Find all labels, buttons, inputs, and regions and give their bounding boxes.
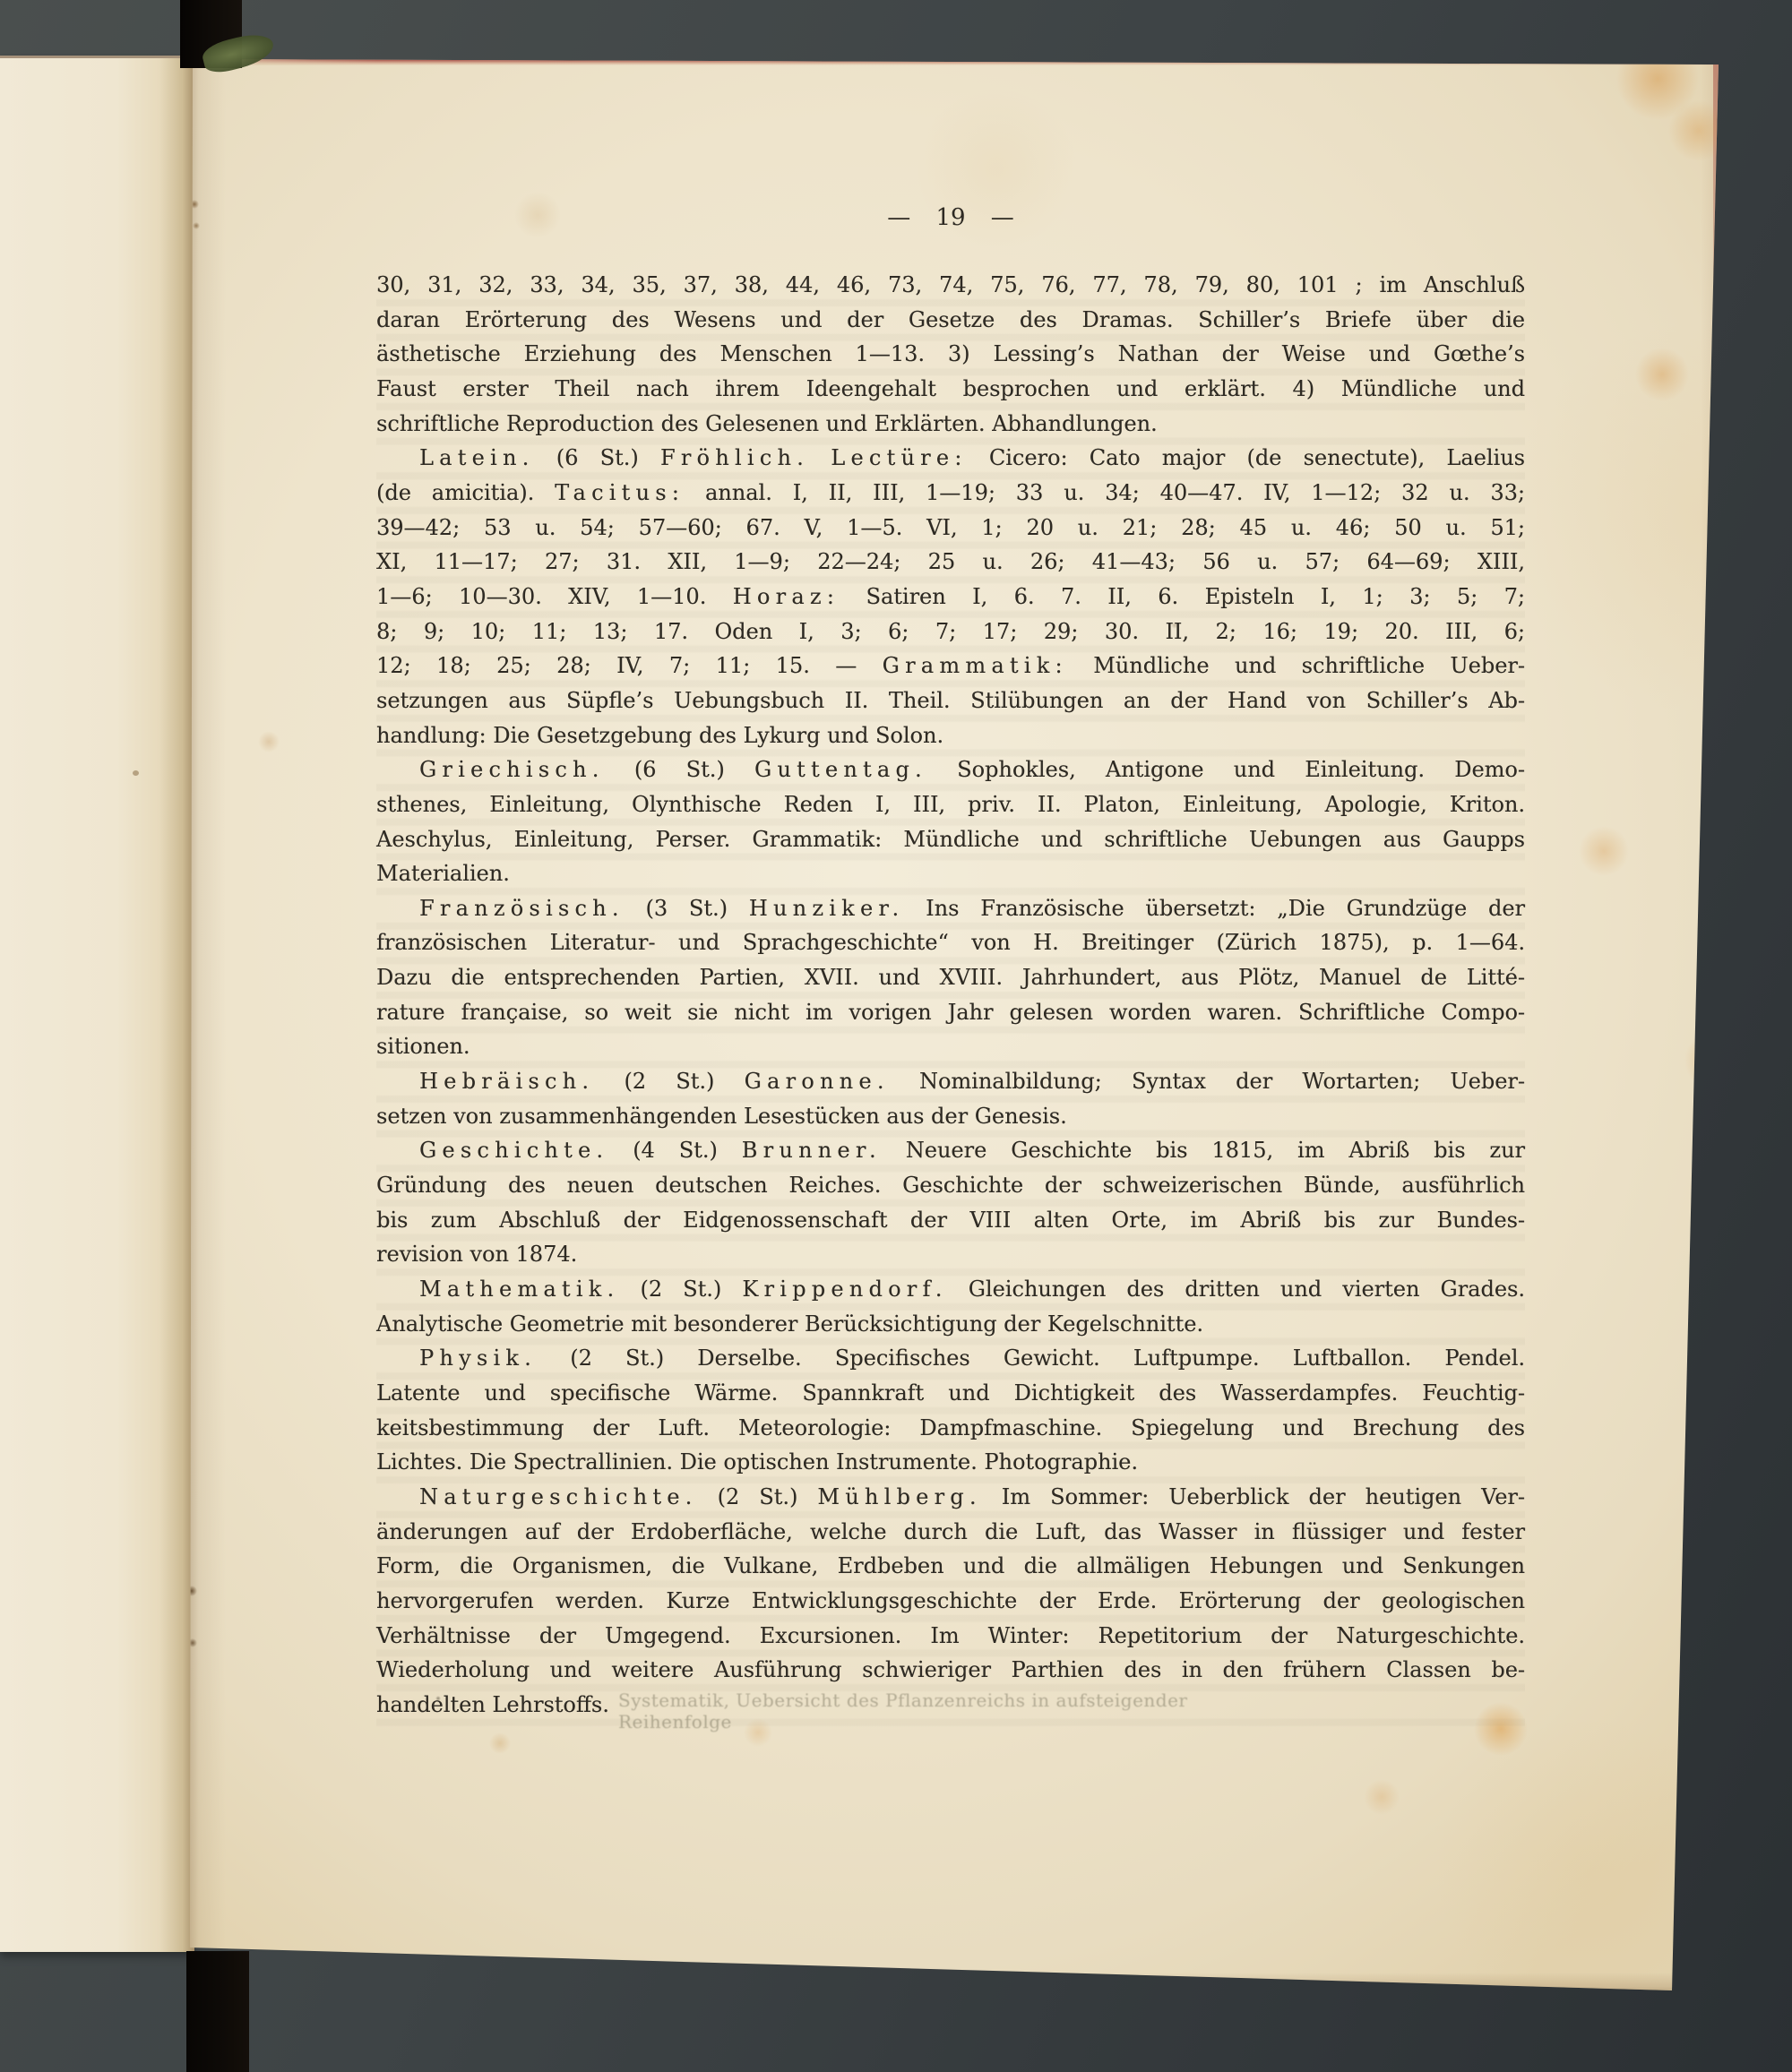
text-run: Cicero: Cato major (de senectute), Laeli…: [968, 445, 1525, 470]
text-line: Aeschylus, Einleitung, Perser. Grammatik…: [376, 822, 1525, 857]
text-line: Materialien.: [376, 856, 1525, 891]
text-run: XI, 11—17; 27; 31. XII, 1—9; 22—24; 25 u…: [376, 549, 1525, 574]
text-line: Physik. (2 St.) Derselbe. Specifisches G…: [376, 1341, 1525, 1376]
text-run: (3 St.): [625, 896, 749, 921]
text-line: Gründung des neuen deutschen Reiches. Ge…: [376, 1168, 1525, 1203]
text-line: handlung: Die Gesetzgebung des Lykurg un…: [376, 718, 1525, 753]
text-run: 30, 31, 32, 33, 34, 35, 37, 38, 44, 46, …: [376, 272, 1525, 297]
text-run: 8; 9; 10; 11; 13; 17. Oden I, 3; 6; 7; 1…: [376, 619, 1525, 644]
text-run: 12; 18; 25; 28; IV, 7; 11; 15. —: [376, 653, 883, 678]
text-line: 39—42; 53 u. 54; 57—60; 67. V, 1—5. VI, …: [376, 511, 1525, 546]
text-line: bis zum Abschluß der Eidgenossenschaft d…: [376, 1203, 1525, 1238]
show-through-text: Systematik, Uebersicht des Pflanzenreich…: [618, 1689, 1228, 1732]
text-line: daran Erörterung des Wesens und der Gese…: [376, 303, 1525, 338]
text-run: setzungen aus Süpfle’s Uebungsbuch II. T…: [376, 688, 1525, 713]
text-run: Faust erster Theil nach ihrem Ideengehal…: [376, 376, 1525, 401]
spaced-term: Mühlberg.: [817, 1484, 981, 1509]
text-line: Wiederholung und weitere Ausführung schw…: [376, 1653, 1525, 1688]
text-line: hervorgerufen werden. Kurze Entwicklungs…: [376, 1584, 1525, 1619]
text-run: bis zum Abschluß der Eidgenossenschaft d…: [376, 1208, 1525, 1233]
text-run: handelten Lehrstoffs.: [376, 1692, 609, 1717]
text-run: Gründung des neuen deutschen Reiches. Ge…: [376, 1173, 1525, 1198]
spaced-term: Latein.: [419, 445, 535, 470]
text-run: Neuere Geschichte bis 1815, im Abriß bis…: [882, 1138, 1525, 1163]
text-run: (4 St.): [608, 1138, 741, 1163]
spaced-term: Französisch.: [419, 896, 625, 921]
text-line: Lichtes. Die Spectrallinien. Die optisch…: [376, 1445, 1525, 1480]
text-run: 39—42; 53 u. 54; 57—60; 67. V, 1—5. VI, …: [376, 515, 1525, 540]
text-run: (2 St.): [698, 1484, 818, 1509]
spaced-term: Grammatik:: [883, 653, 1068, 678]
text-run: Verhältnisse der Umgegend. Excursionen. …: [376, 1623, 1525, 1648]
text-run: (6 St.): [605, 757, 754, 782]
text-run: (6 St.): [535, 445, 660, 470]
spaced-term: Mathematik.: [419, 1277, 619, 1302]
spaced-term: Krippendorf.: [742, 1277, 947, 1302]
left-page-edge: [0, 56, 194, 1952]
text-run: (2 St.): [594, 1069, 744, 1094]
spaced-term: Guttentag.: [754, 757, 927, 782]
page-number: — 19 —: [376, 204, 1525, 231]
text-run: keitsbestimmung der Luft. Meteorologie: …: [376, 1415, 1525, 1440]
text-run: annal. I, II, III, 1—19; 33 u. 34; 40—47…: [685, 480, 1525, 505]
spaced-term: Hunziker.: [749, 896, 905, 921]
text-line: 30, 31, 32, 33, 34, 35, 37, 38, 44, 46, …: [376, 268, 1525, 303]
text-run: sitionen.: [376, 1034, 470, 1059]
text-run: Aeschylus, Einleitung, Perser. Grammatik…: [376, 827, 1525, 852]
text-run: Wiederholung und weitere Ausführung schw…: [376, 1657, 1525, 1682]
text-run: Form, die Organismen, die Vulkane, Erdbe…: [376, 1553, 1525, 1578]
text-run: (2 St.) Derselbe. Specifisches Gewicht. …: [537, 1346, 1525, 1371]
spaced-term: Griechisch.: [419, 757, 605, 782]
text-line: 8; 9; 10; 11; 13; 17. Oden I, 3; 6; 7; 1…: [376, 615, 1525, 649]
spaced-term: Tacitus:: [555, 480, 685, 505]
text-block: 30, 31, 32, 33, 34, 35, 37, 38, 44, 46, …: [376, 268, 1525, 1723]
text-run: sthenes, Einleitung, Olynthische Reden I…: [376, 792, 1525, 817]
text-run: Materialien.: [376, 861, 510, 886]
text-line: änderungen auf der Erdoberfläche, welche…: [376, 1515, 1525, 1550]
text-line: setzungen aus Süpfle’s Uebungsbuch II. T…: [376, 684, 1525, 718]
page-right-edge: [1713, 61, 1724, 446]
spaced-term: Geschichte.: [419, 1138, 608, 1163]
text-line: rature française, so weit sie nicht im v…: [376, 995, 1525, 1030]
text-line: Form, die Organismen, die Vulkane, Erdbe…: [376, 1549, 1525, 1584]
text-run: handlung: Die Gesetzgebung des Lykurg un…: [376, 723, 943, 748]
text-line: Faust erster Theil nach ihrem Ideengehal…: [376, 372, 1525, 407]
text-line: Latente und specifische Wärme. Spannkraf…: [376, 1376, 1525, 1411]
text-line: revision von 1874.: [376, 1237, 1525, 1272]
text-line: Latein. (6 St.) Fröhlich. Lectüre: Cicer…: [376, 441, 1525, 476]
spaced-term: Hebräisch.: [419, 1069, 594, 1094]
text-line: Griechisch. (6 St.) Guttentag. Sophokles…: [376, 752, 1525, 787]
text-run: setzen von zusammenhängenden Lesestücken…: [376, 1104, 1067, 1129]
book-scan: — 19 — 30, 31, 32, 33, 34, 35, 37, 38, 4…: [0, 0, 1792, 2072]
text-line: (de amicitia). Tacitus: annal. I, II, II…: [376, 476, 1525, 511]
text-line: 12; 18; 25; 28; IV, 7; 11; 15. — Grammat…: [376, 649, 1525, 684]
book-page: — 19 — 30, 31, 32, 33, 34, 35, 37, 38, 4…: [190, 52, 1724, 1996]
spaced-term: Horaz:: [733, 584, 840, 609]
text-run: Lichtes. Die Spectrallinien. Die optisch…: [376, 1449, 1138, 1474]
page-top-red-edge: [190, 52, 1724, 65]
text-run: änderungen auf der Erdoberfläche, welche…: [376, 1519, 1525, 1544]
text-run: Dazu die entsprechenden Partien, XVII. u…: [376, 965, 1525, 990]
text-line: setzen von zusammenhängenden Lesestücken…: [376, 1099, 1525, 1134]
spaced-term: Physik.: [419, 1346, 537, 1371]
page-bottom-edge: [190, 1973, 1724, 1996]
text-line: Mathematik. (2 St.) Krippendorf. Gleichu…: [376, 1272, 1525, 1307]
text-run: Analytische Geometrie mit besonderer Ber…: [376, 1311, 1203, 1337]
text-line: Dazu die entsprechenden Partien, XVII. u…: [376, 960, 1525, 995]
text-run: Latente und specifische Wärme. Spannkraf…: [376, 1380, 1525, 1406]
bookmark-ribbon-bottom: [186, 1951, 249, 2072]
text-run: Ins Französische übersetzt: „Die Grundzü…: [904, 896, 1525, 921]
text-line: 1—6; 10—30. XIV, 1—10. Horaz: Satiren I,…: [376, 580, 1525, 615]
spaced-term: Naturgeschichte.: [419, 1484, 698, 1509]
text-line: Französisch. (3 St.) Hunziker. Ins Franz…: [376, 891, 1525, 926]
text-run: daran Erörterung des Wesens und der Gese…: [376, 307, 1525, 332]
text-line: XI, 11—17; 27; 31. XII, 1—9; 22—24; 25 u…: [376, 545, 1525, 580]
text-run: rature française, so weit sie nicht im v…: [376, 1000, 1525, 1025]
text-run: hervorgerufen werden. Kurze Entwicklungs…: [376, 1588, 1525, 1613]
text-run: ästhetische Erziehung des Menschen 1—13.…: [376, 341, 1525, 366]
text-line: französischen Literatur- und Sprachgesch…: [376, 925, 1525, 960]
text-line: Analytische Geometrie mit besonderer Ber…: [376, 1307, 1525, 1342]
text-run: französischen Literatur- und Sprachgesch…: [376, 930, 1525, 955]
text-run: Sophokles, Antigone und Einleitung. Demo…: [927, 757, 1525, 782]
text-line: Verhältnisse der Umgegend. Excursionen. …: [376, 1619, 1525, 1654]
text-line: Geschichte. (4 St.) Brunner. Neuere Gesc…: [376, 1133, 1525, 1168]
spaced-term: Garonne.: [745, 1069, 890, 1094]
text-line: sthenes, Einleitung, Olynthische Reden I…: [376, 787, 1525, 822]
text-line: Hebräisch. (2 St.) Garonne. Nominalbildu…: [376, 1064, 1525, 1099]
spaced-term: Brunner.: [742, 1138, 882, 1163]
text-run: Satiren I, 6. 7. II, 6. Episteln I, 1; 3…: [840, 584, 1525, 609]
text-run: Gleichungen des dritten und vierten Grad…: [948, 1277, 1525, 1302]
text-line: sitionen.: [376, 1029, 1525, 1064]
text-line: Naturgeschichte. (2 St.) Mühlberg. Im So…: [376, 1480, 1525, 1515]
text-run: 1—6; 10—30. XIV, 1—10.: [376, 584, 733, 609]
text-run: Mündliche und schriftliche Ueber-: [1068, 653, 1525, 678]
text-run: revision von 1874.: [376, 1242, 577, 1267]
text-line: ästhetische Erziehung des Menschen 1—13.…: [376, 337, 1525, 372]
text-run: (de amicitia).: [376, 480, 555, 505]
text-run: Nominalbildung; Syntax der Wortarten; Ue…: [890, 1069, 1525, 1094]
text-run: [809, 445, 831, 470]
text-line: schriftliche Reproduction des Gelesenen …: [376, 407, 1525, 442]
spaced-term: Lectüre:: [831, 445, 967, 470]
spaced-term: Fröhlich.: [660, 445, 809, 470]
text-run: Im Sommer: Ueberblick der heutigen Ver-: [982, 1484, 1525, 1509]
text-line: keitsbestimmung der Luft. Meteorologie: …: [376, 1411, 1525, 1446]
text-run: (2 St.): [619, 1277, 742, 1302]
text-run: schriftliche Reproduction des Gelesenen …: [376, 411, 1158, 436]
